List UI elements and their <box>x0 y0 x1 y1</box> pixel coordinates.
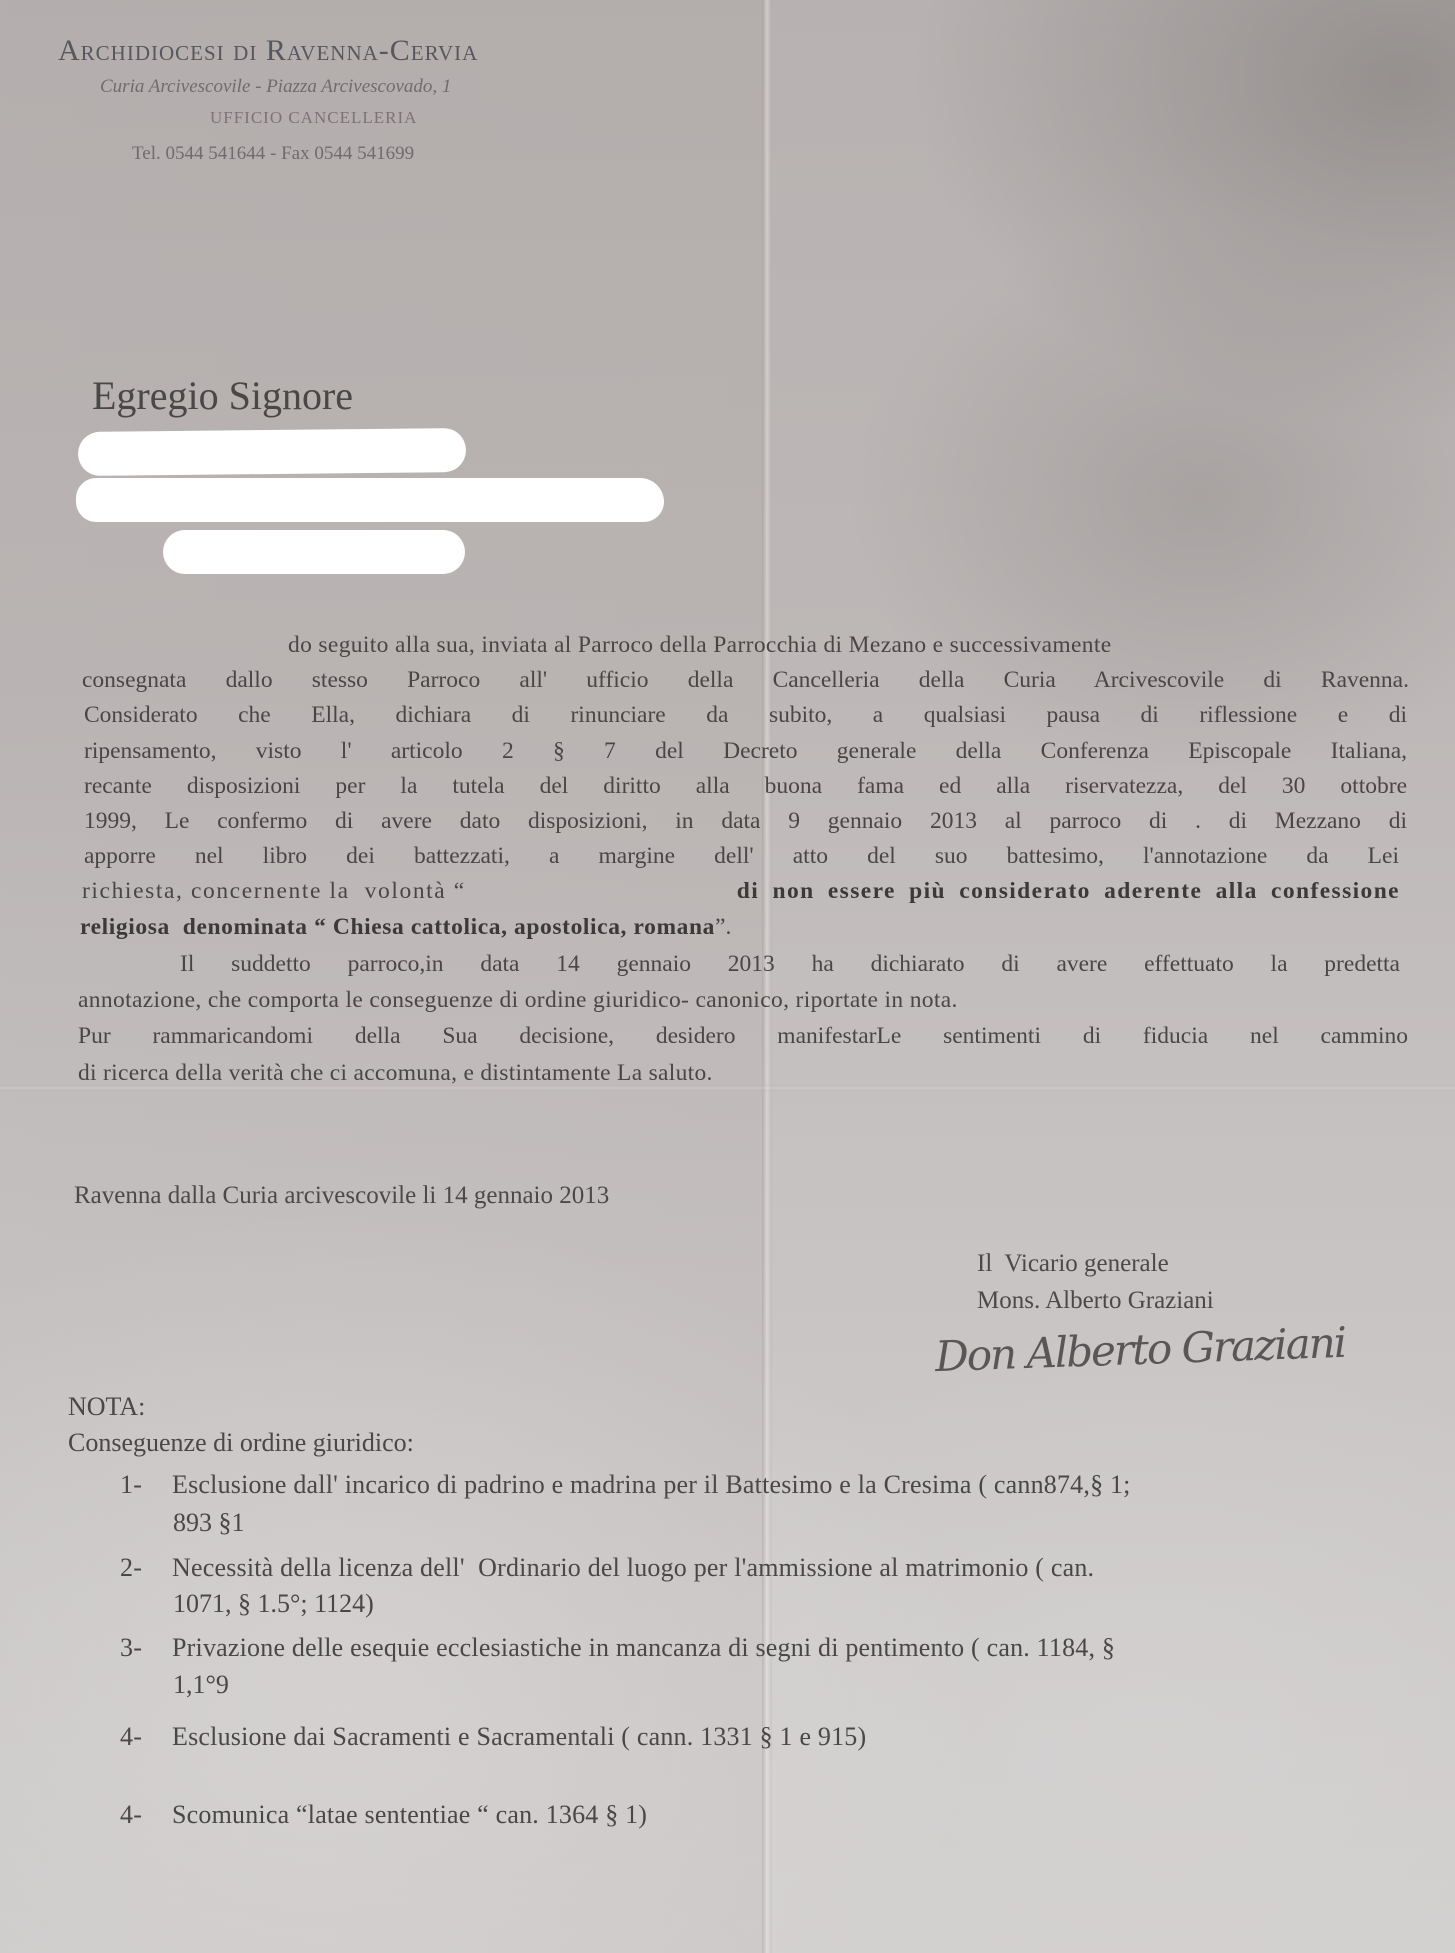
body-line: recante disposizioni per la tutela del d… <box>84 773 1407 800</box>
body-line-emphasis: richiesta, concernente la volontà “ di n… <box>82 878 1400 905</box>
letterhead-office: UFFICIO CANCELLERIA <box>210 108 417 128</box>
body-line: apporre nel libro dei battezzati, a marg… <box>84 843 1399 870</box>
body-text: ”. <box>715 914 731 940</box>
letterhead-title: Archidiocesi di Ravenna-Cervia <box>58 34 478 68</box>
item-text: Esclusione dai Sacramenti e Sacramentali… <box>172 1722 866 1751</box>
signer-name: Mons. Alberto Graziani <box>977 1287 1214 1315</box>
list-item: 4-Scomunica “latae sententiae “ can. 136… <box>120 1800 647 1830</box>
item-number: 4- <box>120 1722 172 1752</box>
list-item: 3-Privazione delle esequie ecclesiastich… <box>120 1633 1115 1663</box>
item-text: Scomunica “latae sententiae “ can. 1364 … <box>172 1800 647 1829</box>
redacted-address <box>76 478 664 522</box>
body-text-bold: di non essere più considerato aderente a… <box>737 878 1400 905</box>
item-number: 4- <box>120 1800 172 1830</box>
body-line: Considerato che Ella, dichiara di rinunc… <box>84 702 1407 729</box>
item-text: Esclusione dall' incarico di padrino e m… <box>172 1470 1131 1499</box>
place-and-date: Ravenna dalla Curia arcivescovile li 14 … <box>74 1182 609 1210</box>
body-line: Il suddetto parroco,in data 14 gennaio 2… <box>180 951 1400 978</box>
redacted-name <box>78 428 466 476</box>
list-item: 1-Esclusione dall' incarico di padrino e… <box>120 1470 1131 1500</box>
body-line: di ricerca della verità che ci accomuna,… <box>78 1060 713 1087</box>
body-line: do seguito alla sua, inviata al Parroco … <box>288 632 1112 659</box>
list-item-continuation: 893 §1 <box>173 1508 245 1538</box>
nota-heading: NOTA: <box>68 1392 145 1422</box>
signer-role: Il Vicario generale <box>977 1250 1169 1278</box>
list-item: 2-Necessità della licenza dell' Ordinari… <box>120 1553 1094 1583</box>
salutation: Egregio Signore <box>92 372 353 419</box>
list-item: 4-Esclusione dai Sacramenti e Sacramenta… <box>120 1722 866 1752</box>
body-line: consegnata dallo stesso Parroco all' uff… <box>82 667 1409 694</box>
body-line: Pur rammaricandomi della Sua decisione, … <box>78 1023 1408 1050</box>
body-text: richiesta, concernente la volontà “ <box>82 878 473 905</box>
body-text-bold: religiosa denominata “ Chiesa cattolica,… <box>80 914 715 940</box>
handwritten-signature: Don Alberto Graziani <box>934 1318 1346 1381</box>
item-number: 3- <box>120 1633 172 1663</box>
letterhead-contacts: Tel. 0544 541644 - Fax 0544 541699 <box>132 143 414 165</box>
item-text: Necessità della licenza dell' Ordinario … <box>172 1553 1094 1582</box>
letterhead-address: Curia Arcivescovile - Piazza Arcivescova… <box>100 76 451 98</box>
body-line-emphasis: religiosa denominata “ Chiesa cattolica,… <box>80 914 731 941</box>
redacted-city <box>163 530 465 574</box>
body-line: 1999, Le confermo di avere dato disposiz… <box>84 808 1407 835</box>
list-item-continuation: 1071, § 1.5°; 1124) <box>173 1589 374 1619</box>
item-number: 2- <box>120 1553 172 1583</box>
body-line: ripensamento, visto l' articolo 2 § 7 de… <box>84 738 1407 765</box>
body-line: annotazione, che comporta le conseguenze… <box>78 987 958 1014</box>
item-text: Privazione delle esequie ecclesiastiche … <box>172 1633 1115 1662</box>
list-item-continuation: 1,1°9 <box>173 1670 229 1700</box>
item-number: 1- <box>120 1470 172 1500</box>
nota-subheading: Conseguenze di ordine giuridico: <box>68 1428 414 1458</box>
